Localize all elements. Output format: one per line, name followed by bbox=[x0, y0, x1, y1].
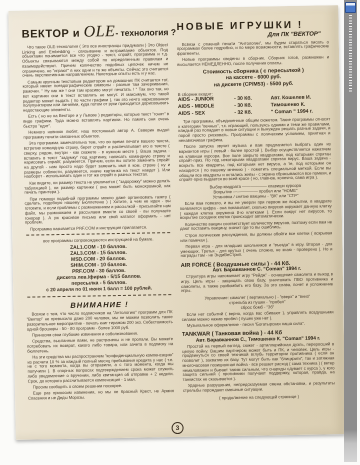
paragraph: Самым крупным текстовым редактором на до… bbox=[22, 78, 169, 114]
scanned-page: ВЕКТОР и OLE- технология ? Что такое OLE… bbox=[8, 5, 345, 440]
watermark-logo-icon bbox=[345, 2, 356, 13]
paragraph: Если нет событий ( верно, когда вас сбив… bbox=[182, 310, 334, 322]
paragraph: Первая игра - для младших школьников и "… bbox=[180, 242, 332, 259]
article-subtitle: Для ПК "ВЕКТОР" bbox=[177, 31, 321, 40]
game-author: " Coman " 1994 г. bbox=[271, 108, 330, 116]
paragraph: Как видите, ни размер текста не увеличит… bbox=[24, 179, 170, 196]
paragraph: Что такое OLE-технология ( Это все иност… bbox=[22, 43, 169, 79]
paragraph: Музыкальное оформление - песня "Богатырс… bbox=[182, 322, 334, 329]
paragraph: Еще раз приносим извинения, но мы не Кра… bbox=[28, 389, 174, 401]
paragraph: Ударные разрушения, непредсказуемая смен… bbox=[183, 382, 335, 394]
left-column: ВЕКТОР и OLE- технология ? Что такое OLE… bbox=[22, 22, 175, 403]
title-prefix: ВЕКТОР и bbox=[22, 28, 84, 41]
dashed-divider bbox=[27, 294, 171, 298]
attention-heading: ВНИМАНИЕ ! bbox=[26, 299, 172, 311]
paragraph: Три программы, объединенные общим сюжето… bbox=[178, 117, 330, 143]
paragraph: На эти средства мы распространяем "конфи… bbox=[27, 353, 173, 384]
paragraph: Всвязи с тем, что число подписчиков на "… bbox=[27, 310, 173, 331]
title-suffix: - технология ? bbox=[115, 27, 176, 38]
title-ole: OLE bbox=[83, 23, 115, 41]
exchange-rate-note: с 20 апреля по 01 июня 1 балл = 100 рубл… bbox=[26, 286, 172, 294]
page-number: 3 bbox=[171, 422, 183, 434]
right-column: НОВЫЕ ИГРУШКИ ! Для ПК "ВЕКТОР" Всвязи с… bbox=[177, 19, 336, 401]
paragraph: Эта программа замечательна тем, что во в… bbox=[24, 139, 171, 179]
paragraph: Если вам повезло, и вы не умерли при пер… bbox=[180, 200, 332, 222]
game-name: AIDS - SEX bbox=[178, 110, 234, 118]
continuation-note: ( продолжение на следующей странице ) bbox=[183, 393, 335, 401]
watermark-strip bbox=[344, 0, 357, 462]
watermark-vertical-text bbox=[349, 15, 352, 93]
article-title-vektor-ole: ВЕКТОР и OLE- технология ? bbox=[22, 22, 168, 43]
paragraph: Программа называется PRF.COM и инструкци… bbox=[25, 225, 171, 232]
paragraph: Простой на первый взгляд, сюжет - артилл… bbox=[182, 342, 335, 383]
paragraph: Новые программы сведены в сборник. Сборн… bbox=[177, 56, 329, 68]
paragraph: Структура игры напоминает игру "Рейдж" -… bbox=[181, 272, 333, 294]
dashed-divider bbox=[26, 232, 170, 236]
paragraph: После запуска звучит музыка и вам предла… bbox=[179, 142, 332, 183]
game-size: - 32 Кб. bbox=[234, 109, 271, 117]
paragraph: При помощи подобной программы можно даже… bbox=[25, 195, 171, 226]
